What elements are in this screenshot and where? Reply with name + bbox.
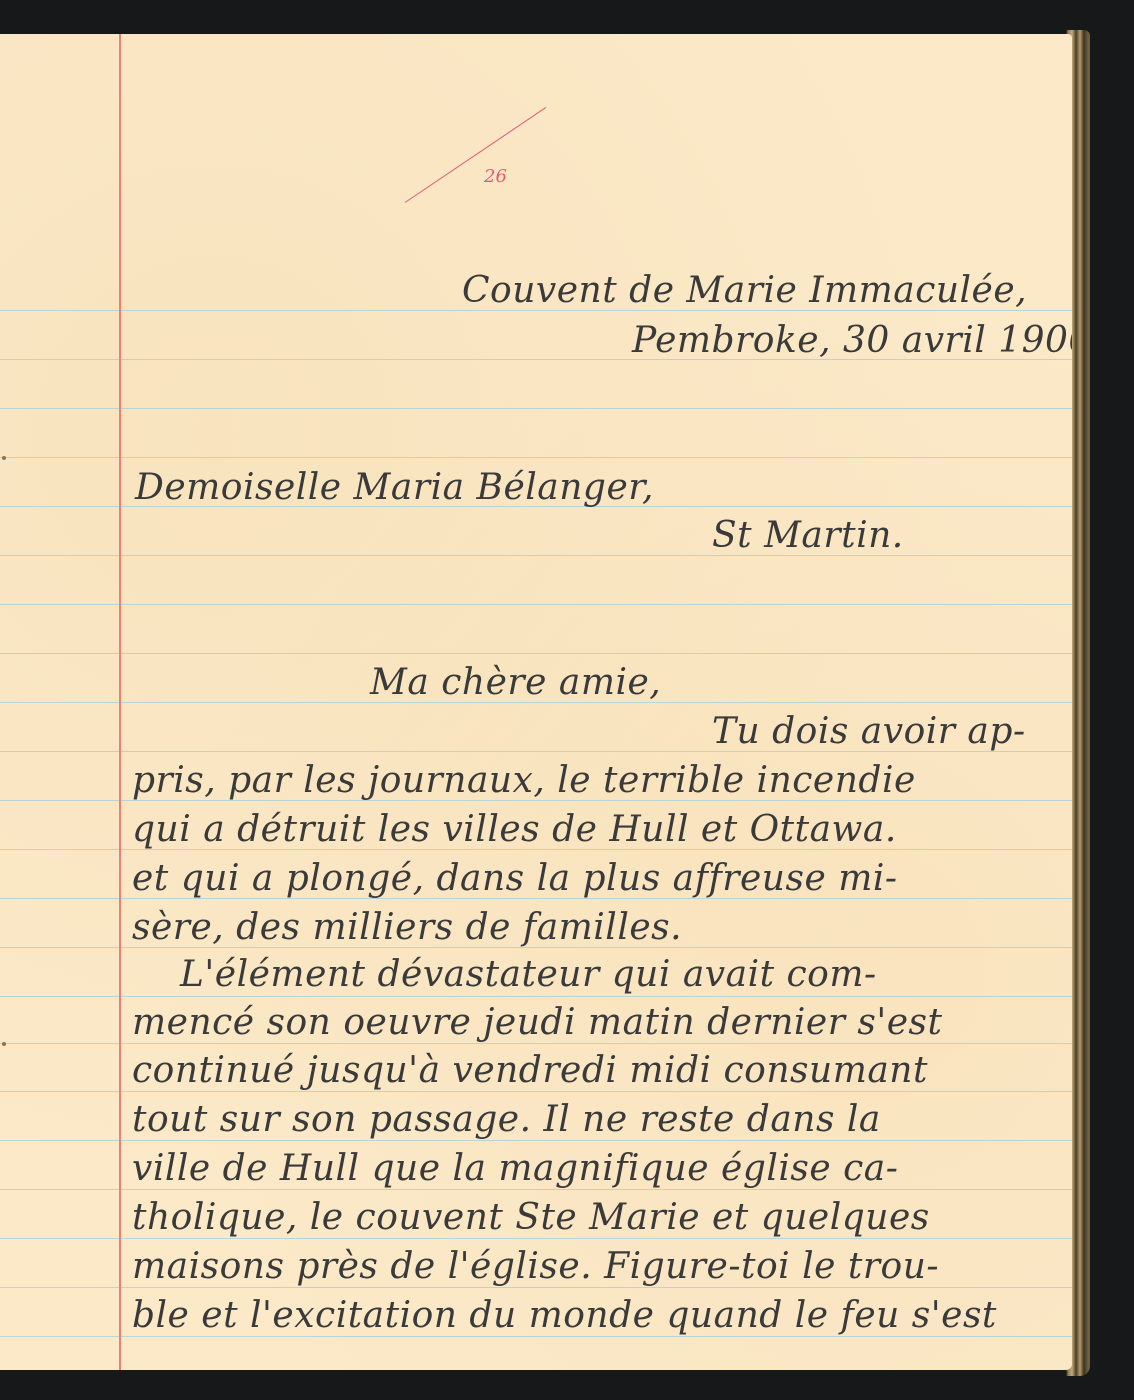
notebook-page: 26 Couvent de Marie Immaculée, Pembroke,… [0,34,1072,1370]
ruled-line [0,1238,1072,1239]
ruled-line [0,555,1072,556]
body-line: continué jusqu'à vendredi midi consumant [132,1050,928,1091]
body-line: sère, des milliers de familles. [132,907,682,948]
ruled-line [0,408,1072,409]
body-line: L'élément dévastateur qui avait com- [180,954,877,995]
body-line: ble et l'excitation du monde quand le fe… [132,1295,997,1336]
ruled-line [0,996,1072,997]
ruled-line [0,1091,1072,1092]
body-line: tholique, le couvent Ste Marie et quelqu… [132,1197,930,1238]
ruled-line [0,604,1072,605]
body-line: maisons près de l'église. Figure-toi le … [132,1246,939,1287]
recipient-place: St Martin. [712,515,904,556]
ruled-line [0,1140,1072,1141]
heading-convent: Couvent de Marie Immaculée, [462,270,1027,311]
red-pencil-mark [405,107,546,203]
binding-hole [2,456,6,460]
ruled-line [0,457,1072,458]
ruled-line [0,653,1072,654]
salutation: Ma chère amie, [370,662,661,703]
body-line: Tu dois avoir ap- [712,711,1026,752]
recipient-name: Demoiselle Maria Bélanger, [135,467,654,508]
ruled-line [0,1336,1072,1337]
margin-line [119,34,121,1370]
binding-hole [2,1042,6,1046]
body-line: tout sur son passage. Il ne reste dans l… [132,1099,881,1140]
ruled-line [0,1287,1072,1288]
ruled-line [0,1189,1072,1190]
heading-date: Pembroke, 30 avril 1900. [632,320,1072,361]
body-line: ville de Hull que la magnifique église c… [132,1148,898,1189]
body-line: pris, par les journaux, le terrible ince… [132,760,916,801]
body-line: et qui a plongé, dans la plus affreuse m… [132,858,898,899]
body-line: qui a détruit les villes de Hull et Otta… [132,809,897,850]
page-number: 26 [484,166,507,187]
ruled-line [0,1043,1072,1044]
body-line: mencé son oeuvre jeudi matin dernier s'e… [132,1002,942,1043]
